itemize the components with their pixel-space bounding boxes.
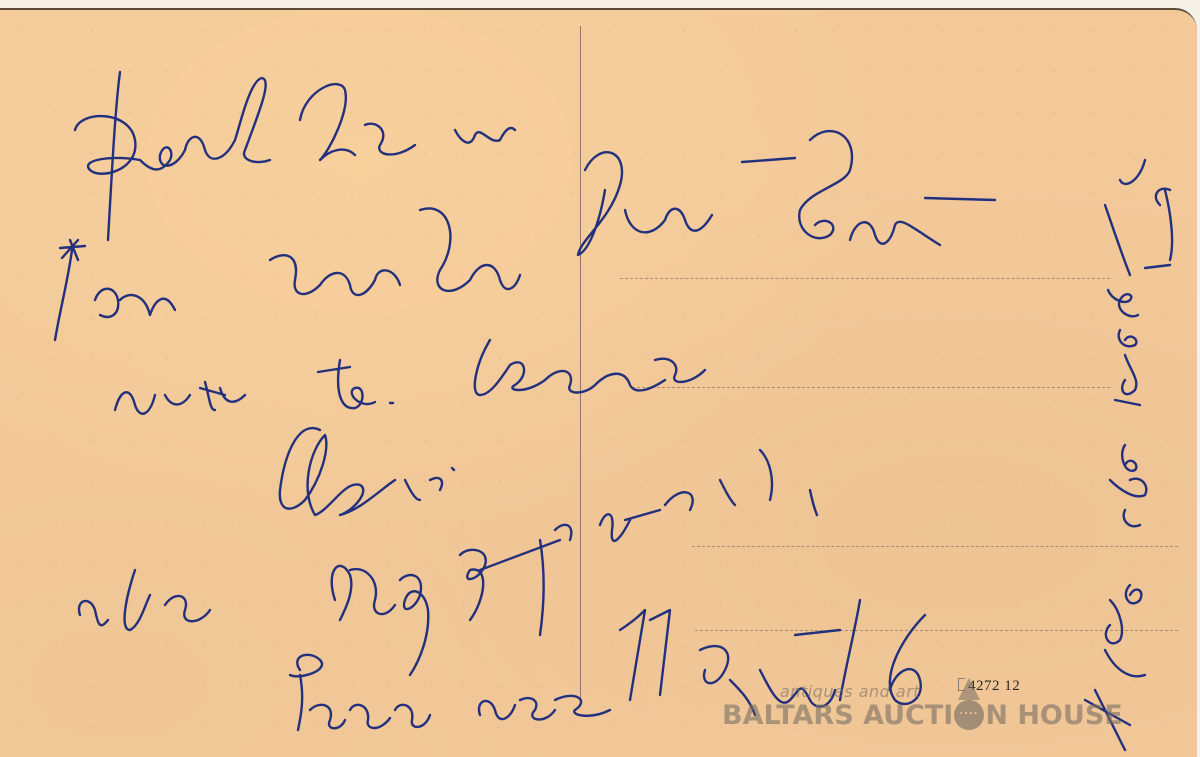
address-line-1 (620, 278, 1110, 279)
crown-o-icon (954, 700, 984, 730)
address-line-3 (692, 546, 1178, 547)
handwriting-strokes (0, 10, 1197, 757)
watermark-brand-suffix: N HOUSE (985, 700, 1122, 731)
postcard-back: 4272 12 antiques and art BALTARS AUCTIN … (0, 8, 1197, 757)
address-line-4 (695, 630, 1178, 631)
watermark-brand: BALTARS AUCTIN HOUSE (722, 700, 1123, 731)
auction-house-watermark: antiques and art BALTARS AUCTIN HOUSE (722, 682, 1142, 742)
message-address-divider (580, 26, 581, 706)
postcard-scan: 4272 12 antiques and art BALTARS AUCTIN … (0, 0, 1200, 757)
watermark-brand-prefix: BALTARS AUCTI (722, 700, 953, 731)
print-mark-icon (958, 678, 965, 691)
print-code: 4272 12 (958, 678, 1020, 695)
address-line-2 (632, 387, 1110, 388)
watermark-subtitle: antiques and art (780, 682, 920, 701)
